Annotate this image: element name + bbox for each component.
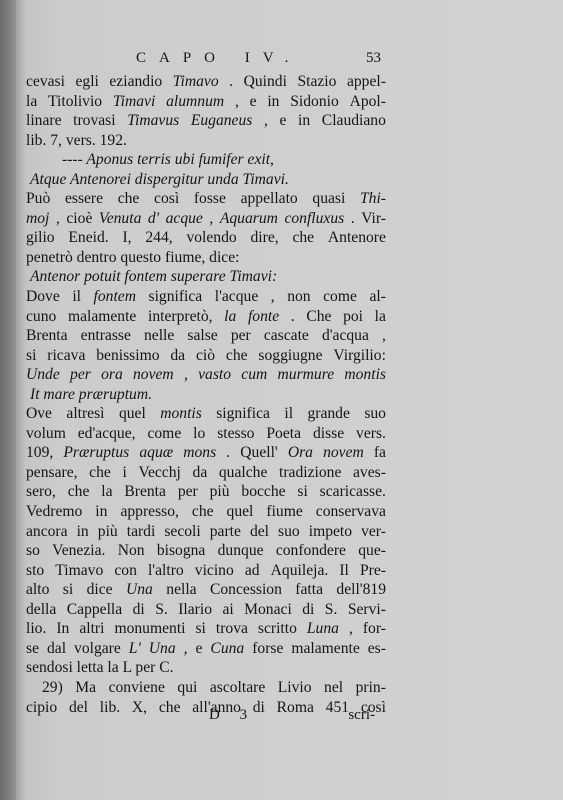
word: da [193, 463, 208, 483]
word: ciò [196, 346, 215, 366]
word: per [70, 365, 91, 385]
word: la [375, 307, 386, 327]
word: Timavo [55, 561, 103, 581]
text-line: 109,Præruptusaquæmons.Quell'Oranovemfa [26, 443, 386, 463]
word: essere [65, 189, 103, 209]
word: cioè [66, 209, 92, 229]
word: confluxus [284, 209, 344, 229]
word: trovasi [73, 111, 115, 131]
word: I, [122, 228, 131, 248]
text-line: stoTimavoconl'altrovicinoadAquileja.IlPr… [26, 561, 386, 581]
page-footer: D 3 scri- [26, 707, 381, 727]
word: pensare, [26, 463, 78, 483]
word: stesso [217, 424, 254, 444]
word: novem [323, 443, 364, 463]
text-line: moj,cioèVenutad'acque,Aquarumconfluxus.V… [26, 209, 386, 229]
word: soggiugne [258, 346, 322, 366]
word: . [229, 72, 233, 92]
word: que- [358, 541, 386, 561]
running-title: CAPO IV. [136, 50, 301, 67]
word: suo [278, 522, 300, 542]
word: Vir- [361, 209, 386, 229]
word: nel [324, 678, 343, 698]
verse-line: Antenor potuit fontem superare Timavi: [26, 267, 386, 287]
word: prin- [356, 678, 386, 698]
page-header: CAPO IV. 53 [26, 50, 381, 70]
word: si [26, 346, 36, 366]
text-line: volumed'acque,comelostessoPoetadissevers… [26, 424, 386, 444]
word: e [196, 639, 203, 659]
text-line: Ovealtresìquelmontissignificailgrandesuo [26, 404, 386, 424]
word: , [271, 287, 275, 307]
text-line: lib. 7, vers. 192. [26, 131, 386, 151]
word: Cuna [210, 639, 244, 659]
text-line: sendosi letta la L per C. [26, 658, 386, 678]
word: i [122, 463, 126, 483]
text-line: 29)MaconvienequiascoltareLivionelprin- [26, 678, 386, 698]
word: così [154, 189, 179, 209]
word: fonte [248, 307, 279, 327]
word: Brenta [26, 326, 68, 346]
word: il [72, 287, 81, 307]
word: impeto [309, 522, 352, 542]
word: nella [166, 580, 196, 600]
word: Euganeus [191, 111, 253, 131]
word: fatta [295, 580, 323, 600]
word: dal [47, 639, 66, 659]
word: fiume [266, 502, 302, 522]
word: fosse [194, 189, 226, 209]
word: es- [368, 639, 386, 659]
word: l'altro [148, 561, 184, 581]
word: Ilario [178, 600, 212, 620]
word: quel [119, 404, 146, 424]
word: confondere [276, 541, 346, 561]
text-line: cevasieglieziandioTimavo.QuindiStazioapp… [26, 72, 386, 92]
word: Timavus [127, 111, 179, 131]
word: egli [75, 72, 98, 92]
word: L' [129, 639, 141, 659]
word: se [26, 639, 39, 659]
word: Timavo [173, 72, 219, 92]
word: 244, [145, 228, 172, 248]
word: Præruptus [63, 443, 129, 463]
word: Ma [75, 678, 96, 698]
word: moj [26, 209, 49, 229]
word: poi [343, 307, 363, 327]
word: al- [369, 287, 385, 307]
word: Thi- [360, 189, 386, 209]
word: bocche [241, 482, 285, 502]
word: fa [374, 443, 386, 463]
text-segment: penetrò dentro questo fiume, dice: [26, 248, 239, 268]
body-text: cevasieglieziandioTimavo.QuindiStazioapp… [26, 72, 386, 717]
word: In [56, 619, 69, 639]
word: Quell' [240, 443, 277, 463]
word: che [226, 346, 248, 366]
word: vasto [198, 365, 231, 385]
word: qualche [219, 463, 268, 483]
word: che [118, 189, 140, 209]
word: che [89, 463, 111, 483]
word: Ove [26, 404, 52, 424]
word: tradizione [279, 463, 341, 483]
word: secoli [164, 522, 200, 542]
word: Brenta [124, 482, 166, 502]
verse-line: It mare præruptum. [26, 385, 386, 405]
word: S. [325, 600, 338, 620]
word: Timavi [113, 92, 155, 112]
text-line: linaretrovasiTimavusEuganeus,einClaudian… [26, 111, 386, 131]
text-line: soVenezia.Nonbisognadunqueconfondereque- [26, 541, 386, 561]
text-line: dellaCappelladiS.IlarioaiMonacidiS.Servi… [26, 600, 386, 620]
word: con [114, 561, 137, 581]
word: dunque [218, 541, 264, 561]
word: Che [306, 307, 331, 327]
word: benissimo [96, 346, 159, 366]
word: cevasi [26, 72, 65, 92]
word: vicino [195, 561, 234, 581]
word: dire, [251, 228, 279, 248]
text-line: gilioEneid.I,244,volendodire,cheAntenore [26, 228, 386, 248]
word: di [133, 600, 145, 620]
word: , [56, 209, 60, 229]
word: da [170, 346, 185, 366]
verse-line: Atque Antenorei dispergitur unda Timavi. [26, 170, 386, 190]
word: appresso, [120, 502, 178, 522]
word: d' [148, 209, 159, 229]
word: Non [118, 541, 145, 561]
text-line: Vedremoinappresso,chequelfiumeconservava [26, 502, 386, 522]
word: so [26, 541, 40, 561]
word: qui [177, 678, 197, 698]
word: sero, [26, 482, 56, 502]
word: disse [313, 424, 344, 444]
word: aves- [353, 463, 386, 483]
word: significa [216, 404, 270, 424]
word: fontem [94, 287, 136, 307]
word: si [195, 619, 205, 639]
word: Aquarum [220, 209, 278, 229]
text-line: Doveilfontemsignifical'acque,noncomeal- [26, 287, 386, 307]
word: volum [26, 424, 66, 444]
word: altri [79, 619, 104, 639]
word: appel- [347, 72, 386, 92]
word: in [77, 522, 89, 542]
text-line: pensare,cheiVecchjdaqualchetradizioneave… [26, 463, 386, 483]
word: del [250, 522, 269, 542]
text-line: penetrò dentro questo fiume, dice: [26, 248, 386, 268]
word: di [302, 600, 314, 620]
word: ed'acque, [78, 424, 136, 444]
word: in [267, 92, 279, 112]
word: conservava [316, 502, 386, 522]
word: montis [160, 404, 202, 424]
word: volendo [186, 228, 236, 248]
text-line: PuòesserechecosìfosseappellatoquasiThi- [26, 189, 386, 209]
word: Ora [288, 443, 313, 463]
word: malamente [291, 639, 359, 659]
word: . [226, 443, 230, 463]
word: Vecchj [138, 463, 180, 483]
word: Sidonio [290, 92, 339, 112]
word: novem [133, 365, 174, 385]
text-line: siricavabenissimodaciòchesoggiugneVirgil… [26, 346, 386, 366]
word: . [351, 209, 355, 229]
text-segment: Atque Antenorei dispergitur unda Timavi. [30, 170, 289, 190]
word: Pre- [360, 561, 386, 581]
word: Luna [307, 619, 339, 639]
word: quel [227, 502, 254, 522]
word: Antenore [328, 228, 386, 248]
word: Apol- [350, 92, 386, 112]
word: Titolivio [48, 92, 102, 112]
word: ora [101, 365, 123, 385]
word: linare [26, 111, 62, 131]
word: malamente [68, 307, 136, 327]
word: tardi [127, 522, 156, 542]
word: ad [245, 561, 260, 581]
word: eziandio [109, 72, 162, 92]
text-line: laTitolivioTimavialumnum,einSidonioApol- [26, 92, 386, 112]
word: cuno [26, 307, 56, 327]
word: vers. [356, 424, 386, 444]
word: Venezia. [52, 541, 105, 561]
text-line: Brentaentrassenellesalsepercascated'acqu… [26, 326, 386, 346]
text-segment: ---- Aponus terris ubi fumifer exit, [62, 150, 274, 170]
word: , [349, 619, 353, 639]
word: Una [149, 639, 176, 659]
word: ver- [361, 522, 386, 542]
word: scaricasse. [320, 482, 386, 502]
word: nelle [144, 326, 174, 346]
word: che [292, 228, 314, 248]
word: montis [344, 365, 386, 385]
word: murmure [278, 365, 335, 385]
word: , [235, 92, 239, 112]
scanned-book-page: CAPO IV. 53 cevasieglieziandioTimavo.Qui… [0, 0, 563, 800]
word: salse [187, 326, 217, 346]
word: conviene [109, 678, 165, 698]
word: Una [126, 580, 153, 600]
word: quasi [312, 189, 345, 209]
text-segment: Antenor potuit fontem superare Timavi: [30, 267, 277, 287]
text-line: sedalvolgareL'Una,eCunaforsemalamentees- [26, 639, 386, 659]
text-line: sero,chelaBrentaperpiùbocchesiscaricasse… [26, 482, 386, 502]
word: gilio [26, 228, 55, 248]
word: la [224, 307, 236, 327]
text-line: lio.InaltrimonumentisitrovascrittoLuna,f… [26, 619, 386, 639]
word: 109, [26, 443, 53, 463]
page-number: 53 [366, 50, 381, 67]
word: Venuta [99, 209, 141, 229]
binding-gutter [0, 0, 16, 800]
word: parte [210, 522, 241, 542]
word: ai [222, 600, 233, 620]
word: , [209, 209, 213, 229]
word: non [287, 287, 310, 307]
word: più [98, 522, 118, 542]
word: cum [241, 365, 267, 385]
word: S. [155, 600, 168, 620]
word: Servi- [348, 600, 386, 620]
word: della [26, 600, 56, 620]
word: in [95, 502, 107, 522]
word: ricava [47, 346, 85, 366]
word: alumnum [166, 92, 224, 112]
catchword: scri- [348, 707, 375, 724]
word: dice [87, 580, 113, 600]
word: Concession [210, 580, 282, 600]
word: Aquileja. [271, 561, 329, 581]
word: Virgilio: [333, 346, 386, 366]
word: Monaci [244, 600, 292, 620]
word: per [231, 326, 251, 346]
word: la [101, 482, 112, 502]
word: Stazio [297, 72, 336, 92]
word: forse [252, 639, 283, 659]
word: entrasse [81, 326, 131, 346]
word: mons [183, 443, 216, 463]
word: sto [26, 561, 44, 581]
word: bisogna [157, 541, 206, 561]
word: Può [26, 189, 50, 209]
word: aquæ [139, 443, 173, 463]
word: , [382, 326, 386, 346]
word: Quindi [244, 72, 287, 92]
word: . [291, 307, 295, 327]
word: appellato [241, 189, 298, 209]
word: altresì [66, 404, 104, 424]
word: per [178, 482, 198, 502]
text-segment: lib. 7, vers. 192. [26, 131, 127, 151]
text-line: ancorainpiùtardisecolipartedelsuoimpetov… [26, 522, 386, 542]
word: suo [364, 404, 386, 424]
word: cascate [264, 326, 309, 346]
word: d'acqua [322, 326, 369, 346]
word: ascoltare [210, 678, 265, 698]
word: che [192, 502, 214, 522]
word: significa [149, 287, 203, 307]
text-segment: sendosi letta la L per C. [26, 658, 174, 678]
word: l'acque [215, 287, 259, 307]
text-segment: It mare præruptum. [30, 385, 152, 405]
word: Vedremo [26, 502, 82, 522]
word: la [26, 92, 37, 112]
word: lio. [26, 619, 46, 639]
word: trova [216, 619, 248, 639]
word: monumenti [114, 619, 185, 639]
word: Claudiano [322, 111, 386, 131]
word: Unde [26, 365, 60, 385]
word: Il [339, 561, 349, 581]
word: lo [193, 424, 205, 444]
verse-line: ---- Aponus terris ubi fumifer exit, [26, 150, 386, 170]
word: il [284, 404, 293, 424]
word: , [264, 111, 268, 131]
word: Livio [278, 678, 312, 698]
word: Cappella [67, 600, 122, 620]
word: si [63, 580, 73, 600]
word: acque [166, 209, 203, 229]
word: dell'819 [336, 580, 386, 600]
word: e [250, 92, 257, 112]
word: Eneid. [68, 228, 108, 248]
printer-signature-mark: D 3 [209, 707, 255, 724]
word: grande [307, 404, 349, 424]
word: come [147, 424, 181, 444]
word: Dove [26, 287, 60, 307]
word: , [184, 639, 188, 659]
word: Poeta [266, 424, 301, 444]
text-line: cunomalamenteinterpretò,lafonte.Chepoila [26, 307, 386, 327]
word: alto [26, 580, 49, 600]
word: , [184, 365, 188, 385]
text-line: Undeperoranovem,vastocummurmuremontis [26, 365, 386, 385]
word: interpretò, [148, 307, 213, 327]
word: 29) [42, 678, 63, 698]
word: volgare [74, 639, 121, 659]
word: in [298, 111, 310, 131]
word: più [210, 482, 230, 502]
word: si [297, 482, 307, 502]
text-line: altosidiceUnanellaConcessionfattadell'81… [26, 580, 386, 600]
word: scritto [258, 619, 297, 639]
word: che [68, 482, 90, 502]
word: for- [363, 619, 386, 639]
word: ancora [26, 522, 68, 542]
word: come [323, 287, 357, 307]
word: e [279, 111, 286, 131]
